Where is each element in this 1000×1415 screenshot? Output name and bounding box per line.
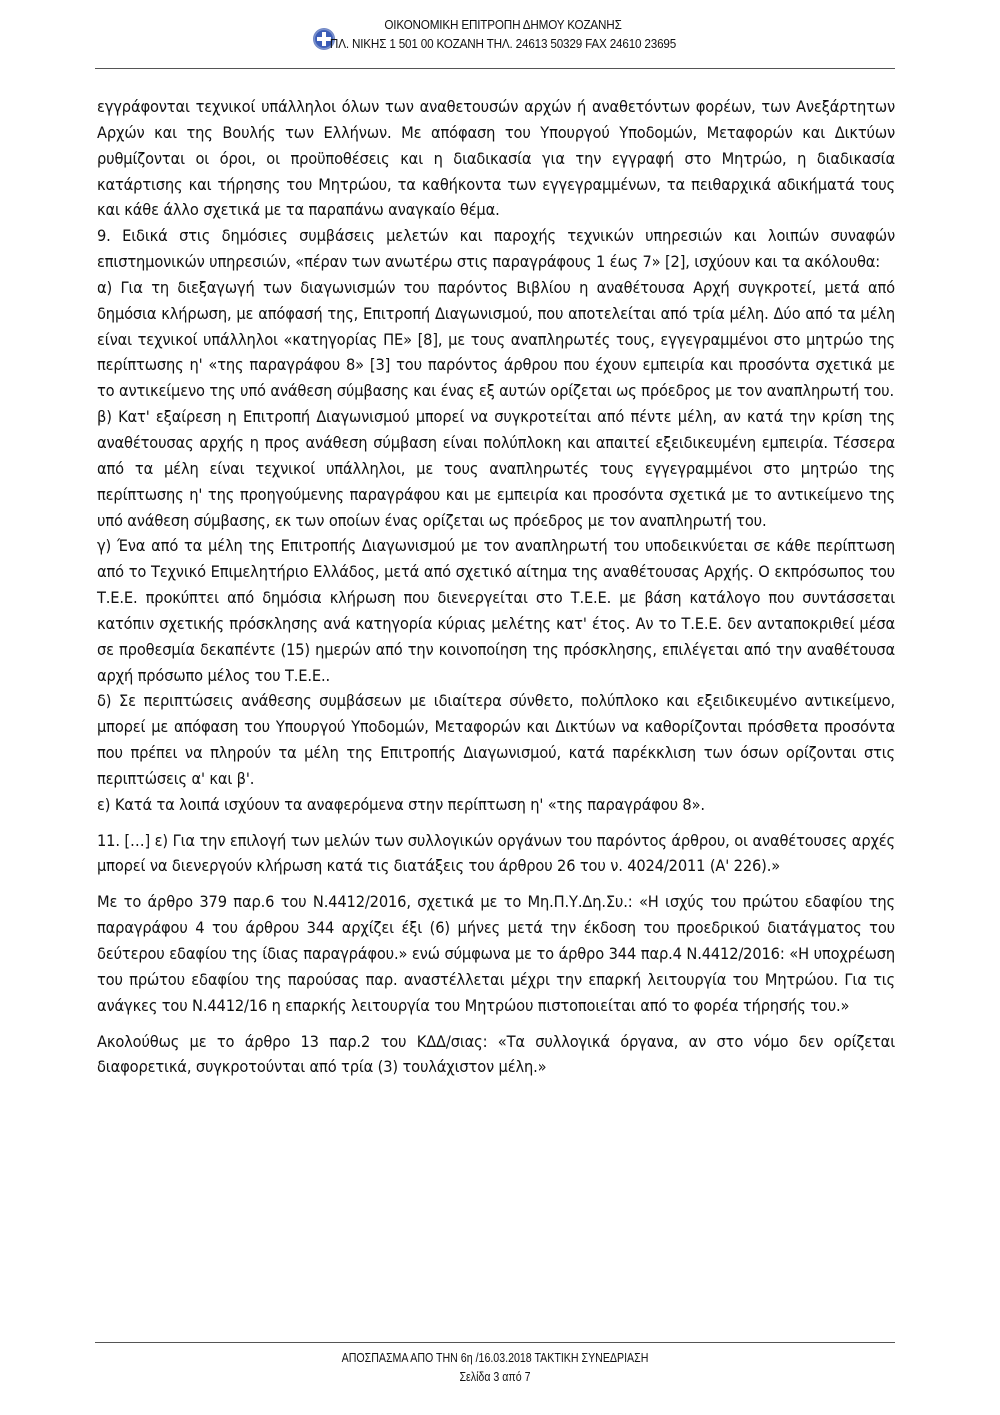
spacer [97, 879, 895, 889]
organization-name: ΟΙΚΟΝΟΜΙΚΗ ΕΠΙΤΡΟΠΗ ΔΗΜΟΥ ΚΟΖΑΝΗΣ [220, 17, 787, 32]
paragraph-registry: εγγράφονται τεχνικοί υπάλληλοι όλων των … [97, 94, 895, 223]
page-number: Σελίδα 3 από 7 [155, 1368, 835, 1387]
page-footer: ΑΠΟΣΠΑΣΜΑ ΑΠΟ ΤΗΝ 6η /16.03.2018 ΤΑΚΤΙΚΗ… [95, 1349, 895, 1387]
organization-contact: ΠΛ. ΝΙΚΗΣ 1 501 00 ΚΟΖΑΝΗ ΤΗΛ. 24613 503… [220, 36, 787, 51]
paragraph-9a: α) Για τη διεξαγωγή των διαγωνισμών του … [97, 275, 895, 404]
paragraph-11: 11. […] ε) Για την επιλογή των μελών των… [97, 828, 895, 880]
spacer [97, 818, 895, 828]
paragraph-9b: β) Κατ' εξαίρεση η Επιτροπή Διαγωνισμού … [97, 404, 895, 533]
paragraph-article-13: Ακολούθως με το άρθρο 13 παρ.2 του ΚΔΔ/σ… [97, 1029, 895, 1081]
page-header: ΟΙΚΟΝΟΜΙΚΗ ΕΠΙΤΡΟΠΗ ΔΗΜΟΥ ΚΟΖΑΝΗΣ ΠΛ. ΝΙ… [95, 0, 895, 69]
paragraph-9: 9. Ειδικά στις δημόσιες συμβάσεις μελετώ… [97, 223, 895, 275]
footer-excerpt: ΑΠΟΣΠΑΣΜΑ ΑΠΟ ΤΗΝ 6η /16.03.2018 ΤΑΚΤΙΚΗ… [155, 1349, 835, 1368]
paragraph-9d: δ) Σε περιπτώσεις ανάθεσης συμβάσεων με … [97, 688, 895, 791]
paragraph-9e: ε) Κατά τα λοιπά ισχύουν τα αναφερόμενα … [97, 792, 895, 818]
document-body: εγγράφονται τεχνικοί υπάλληλοι όλων των … [97, 94, 895, 1080]
header-divider [95, 68, 895, 69]
footer-divider [95, 1342, 895, 1343]
paragraph-9c: γ) Ένα από τα μέλη της Επιτροπής Διαγωνι… [97, 533, 895, 688]
spacer [97, 1019, 895, 1029]
paragraph-article-379: Με το άρθρο 379 παρ.6 του Ν.4412/2016, σ… [97, 889, 895, 1018]
